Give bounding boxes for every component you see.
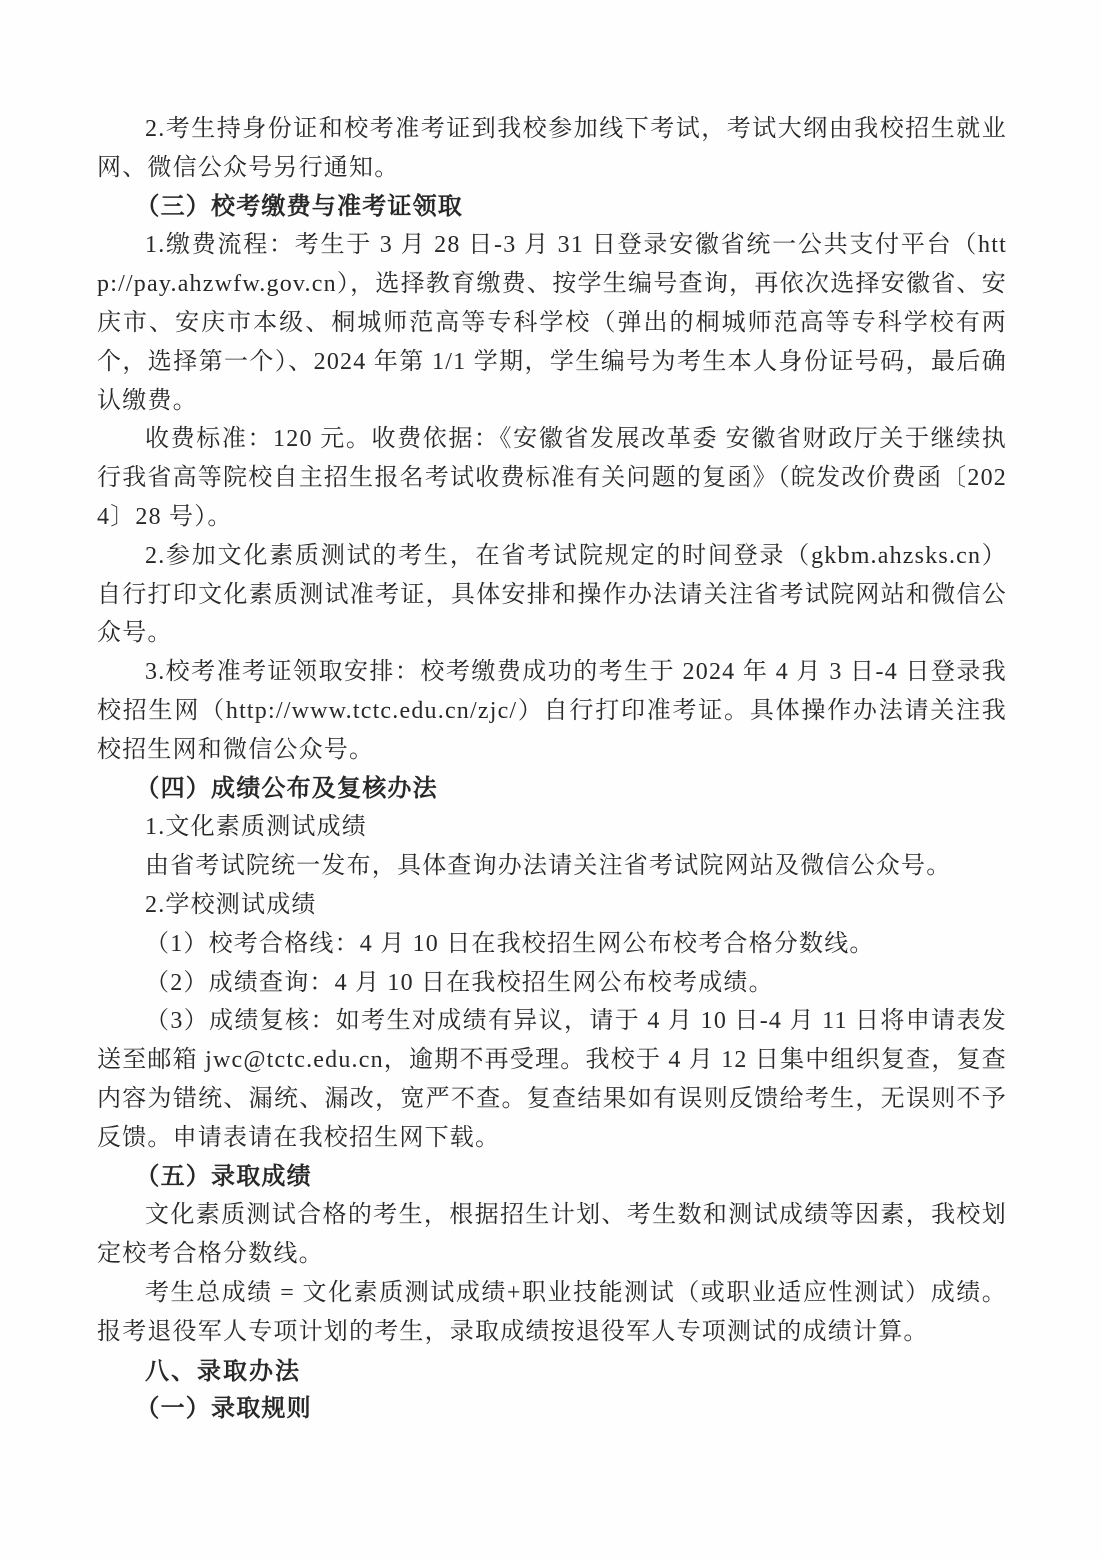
paragraph: 由省考试院统一发布，具体查询办法请关注省考试院网站及微信公众号。 [97,847,1007,886]
heading: （四）成绩公布及复核办法 [97,770,1007,809]
paragraph: （1）校考合格线：4 月 10 日在我校招生网公布校考合格分数线。 [97,925,1007,964]
heading: （一）录取规则 [97,1390,1007,1429]
paragraph: 收费标准：120 元。收费依据：《安徽省发展改革委 安徽省财政厅关于继续执行我省… [97,420,1007,536]
paragraph: 2.参加文化素质测试的考生，在省考试院规定的时间登录（gkbm.ahzsks.c… [97,537,1007,653]
paragraph: 2.学校测试成绩 [97,886,1007,925]
paragraph: 1.缴费流程：考生于 3 月 28 日-3 月 31 日登录安徽省统一公共支付平… [97,226,1007,420]
paragraph: 3.校考准考证领取安排：校考缴费成功的考生于 2024 年 4 月 3 日-4 … [97,653,1007,769]
paragraph: （2）成绩查询：4 月 10 日在我校招生网公布校考成绩。 [97,964,1007,1003]
paragraph: （3）成绩复核：如考生对成绩有异议，请于 4 月 10 日-4 月 11 日将申… [97,1002,1007,1157]
heading: （三）校考缴费与准考证领取 [97,188,1007,227]
paragraph: 文化素质测试合格的考生，根据招生计划、考生数和测试成绩等因素，我校划定校考合格分… [97,1196,1007,1274]
document-page: 2.考生持身份证和校考准考证到我校参加线下考试，考试大纲由我校招生就业网、微信公… [0,0,1102,1559]
paragraph: 1.文化素质测试成绩 [97,808,1007,847]
section-heading: 八、录取办法 [97,1352,1007,1391]
document-content: 2.考生持身份证和校考准考证到我校参加线下考试，考试大纲由我校招生就业网、微信公… [97,110,1007,1429]
paragraph: 2.考生持身份证和校考准考证到我校参加线下考试，考试大纲由我校招生就业网、微信公… [97,110,1007,188]
paragraph: 考生总成绩 = 文化素质测试成绩+职业技能测试（或职业适应性测试）成绩。报考退役… [97,1274,1007,1352]
heading: （五）录取成绩 [97,1158,1007,1197]
